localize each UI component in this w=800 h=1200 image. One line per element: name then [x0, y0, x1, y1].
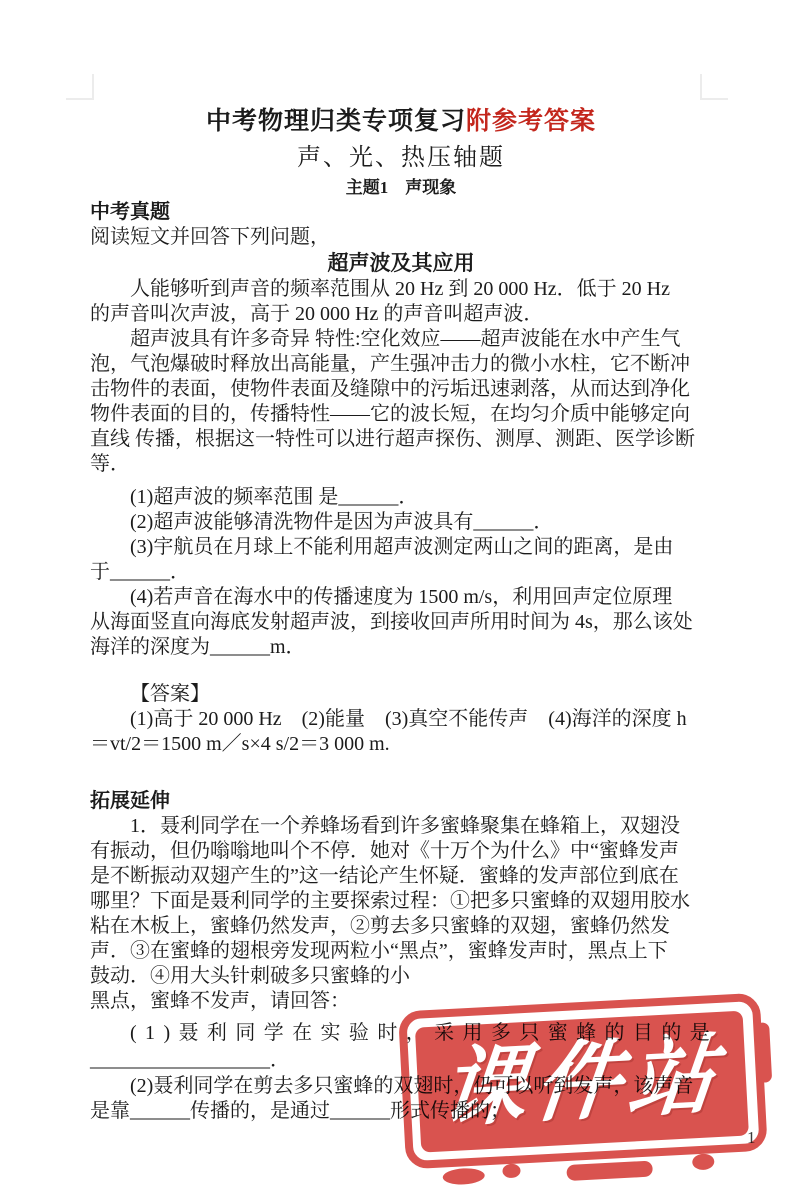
extension-line: 1．聂利同学在一个养蜂场看到许多蜜蜂聚集在蜂箱上，双翅没	[90, 814, 712, 839]
answer-label: 【答案】	[90, 682, 712, 707]
margin-corner-mark-right	[700, 74, 728, 100]
document-page: 中考物理归类专项复习附参考答案 声、光、热压轴题 主题1 声现象 中考真题 阅读…	[90, 104, 712, 1124]
passage: 人能够听到声音的频率范围从 20 Hz 到 20 000 Hz．低于 20 Hz…	[90, 277, 712, 477]
passage-line: 超声波具有许多奇异 特性:空化效应——超声波能在水中产生气	[90, 327, 712, 352]
extension-line: 是不断振动双翅产生的”这一结论产生怀疑．蜜蜂的发声部位到底在	[90, 864, 712, 889]
extension-question2-line: (2)聂利同学在剪去多只蜜蜂的双翅时，仍可以听到发声，该声音	[90, 1074, 712, 1099]
extension-paragraph: 1．聂利同学在一个养蜂场看到许多蜜蜂聚集在蜂箱上，双翅没 有振动，但仍嗡嗡地叫个…	[90, 814, 712, 1014]
extension-question1: (1)聂利同学在实验时，采用多只蜜蜂的目的是	[90, 1020, 712, 1047]
question-line: 于______．	[90, 560, 712, 585]
stamp-ink-splotch	[755, 1022, 772, 1083]
question-line: (2)超声波能够清洗物件是因为声波具有______．	[90, 510, 712, 535]
page-number: 1	[747, 1128, 756, 1148]
page-title-main: 中考物理归类专项复习	[206, 108, 466, 135]
extension-line: 有振动，但仍嗡嗡地叫个不停．她对《十万个为什么》中“蜜蜂发声	[90, 839, 712, 864]
extension-question1-blank: __________________．	[90, 1047, 712, 1074]
extension-question2-line: 是靠______传播的，是通过______形式传播的；	[90, 1099, 712, 1124]
extension-line: 哪里？下面是聂利同学的主要探索过程：①把多只蜜蜂的双翅用胶水	[90, 889, 712, 914]
question-line: (3)宇航员在月球上不能利用超声波测定两山之间的距离，是由	[90, 535, 712, 560]
page-title: 中考物理归类专项复习附参考答案	[90, 104, 712, 140]
extension-line: 声．③在蜜蜂的翅根旁发现两粒小“黑点”，蜜蜂发声时，黑点上下	[90, 939, 712, 964]
question-line: 从海面竖直向海底发射超声波，到接收回声所用时间为 4s，那么该处	[90, 610, 712, 635]
extension-line: 粘在木板上，蜜蜂仍然发声，②剪去多只蜜蜂的双翅，蜜蜂仍然发	[90, 914, 712, 939]
passage-line: 的声音叫次声波，高于 20 000 Hz 的声音叫超声波．	[90, 302, 712, 327]
margin-corner-mark-left	[66, 74, 94, 100]
stamp-ink-splotch	[442, 1167, 485, 1185]
exam-intro: 阅读短文并回答下列问题，	[90, 225, 712, 250]
passage-line: 直线 传播，根据这一特性可以进行超声探伤、测厚、测距、医学诊断	[90, 427, 712, 452]
passage-title: 超声波及其应用	[90, 250, 712, 277]
stamp-ink-splotch	[692, 1153, 715, 1170]
extension-line: 鼓动．④用大头针刺破多只蜜蜂的小	[90, 964, 712, 989]
question-line: (1)超声波的频率范围 是______．	[90, 485, 712, 510]
exam-questions: (1)超声波的频率范围 是______． (2)超声波能够清洗物件是因为声波具有…	[90, 485, 712, 660]
passage-line: 击物件的表面，使物件表面及缝隙中的污垢迅速剥落，从而达到净化	[90, 377, 712, 402]
question-line: (4)若声音在海水中的传播速度为 1500 m/s，利用回声定位原理	[90, 585, 712, 610]
stamp-ink-splotch	[502, 1163, 521, 1178]
extension-line: 黑点，蜜蜂不发声，请回答：	[90, 989, 712, 1014]
topic-heading: 主题1 声现象	[90, 176, 712, 200]
answer-line: (1)高于 20 000 Hz (2)能量 (3)真空不能传声 (4)海洋的深度…	[90, 707, 712, 732]
answer-line: ＝vt/2＝1500 m／s×4 s/2＝3 000 m.	[90, 732, 712, 757]
page-title-answer-suffix: 附参考答案	[466, 108, 596, 135]
question-line: 海洋的深度为______m．	[90, 635, 712, 660]
passage-line: 人能够听到声音的频率范围从 20 Hz 到 20 000 Hz．低于 20 Hz	[90, 277, 712, 302]
section-heading-exam: 中考真题	[90, 200, 712, 225]
passage-line: 物件表面的目的，传播特性——它的波长短，在均匀介质中能够定向	[90, 402, 712, 427]
passage-line: 等．	[90, 452, 712, 477]
section-heading-extension: 拓展延伸	[90, 789, 712, 814]
stamp-ink-splotch	[566, 1161, 653, 1181]
page-subtitle: 声、光、热压轴题	[90, 140, 712, 176]
passage-line: 泡，气泡爆破时释放出高能量，产生强冲击力的微小水柱，它不断冲	[90, 352, 712, 377]
